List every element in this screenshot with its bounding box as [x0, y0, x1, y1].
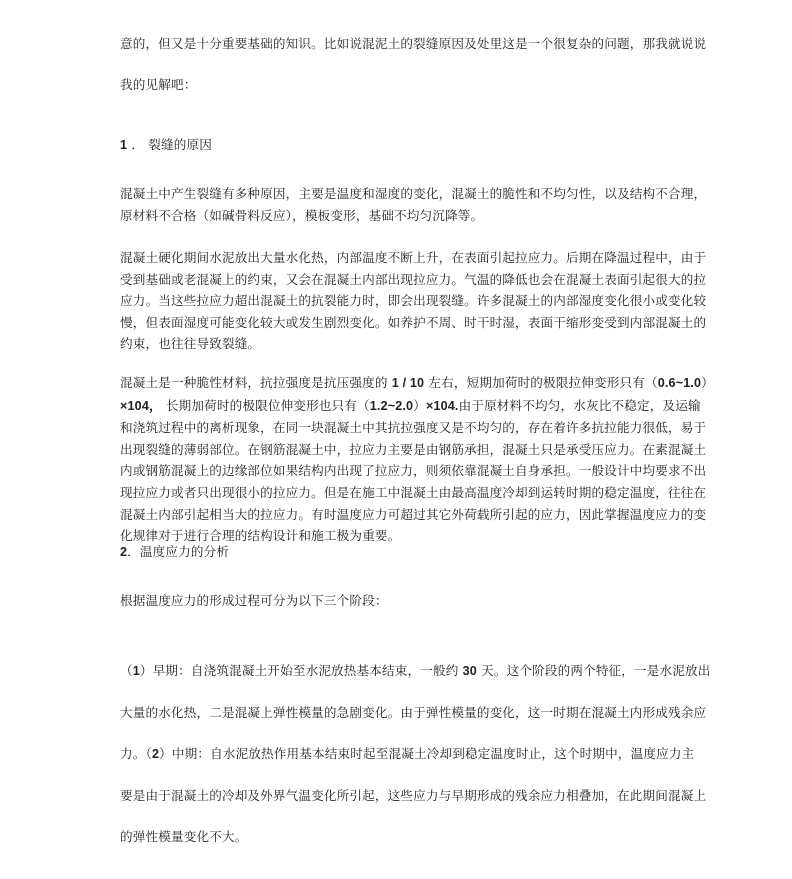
paragraph-row: 内或钢筋混凝上的边缘部位如果结构内出现了拉应力，则须依靠混凝土自身承担。一般设计… [120, 460, 678, 482]
paragraph-row: 力。（2）中期：自水泥放热作用基本结束时起至混凝土冷却到稳定温度时止，这个时期中… [120, 733, 678, 775]
long-term-strain-range: 1.2~2.0 [370, 399, 413, 413]
paragraph-row: ×104， 长期加荷时的极限位伸变形也只有（1.2~2.0）×104.由于原材料… [120, 395, 678, 418]
days-value: 30 [463, 664, 477, 678]
exponent-value: ×104. [426, 399, 459, 413]
stages-paragraph: （1）早期：自浇筑混凝土开始至水泥放热基本结束，一般约 30 天。这个阶段的两个… [120, 650, 678, 857]
text-run: ） [413, 398, 426, 413]
text-run: ） [701, 375, 714, 390]
text-run: 天。这个阶段的两个特征，一是水泥放出 [477, 663, 711, 678]
paragraph-hydration-heat: 混凝土硬化期间水泥放出大量水化热，内部温度不断上升，在表面引起拉应力。后期在降温… [120, 247, 678, 355]
paragraph-row: 的弹性模量变化不大。 [120, 816, 678, 857]
section-2-intro: 根据温度应力的形成过程可分为以下三个阶段： [120, 592, 680, 610]
text-run: ）中期：自水泥放热作用基本结束时起至混凝土冷却到稳定温度时止，这个时期中，温度应… [159, 746, 694, 761]
paragraph-row: 混凝土是一种脆性材料，抗拉强度是抗压强度的 1 / 10 左右，短期加荷时的极限… [120, 372, 678, 395]
stage-number: 1 [133, 664, 140, 678]
section-2-title: 温度应力的分析 [140, 544, 229, 559]
section-2-heading: 2．温度应力的分析 [120, 543, 680, 561]
text-run: （ [120, 663, 133, 678]
section-2-separator: ． [127, 544, 140, 559]
text-run: 左右，短期加荷时的极限拉伸变形只有（ [424, 375, 658, 390]
paragraph-row: 混凝土内部引起相当大的拉应力。有时温度应力可超过其它外荷载所引起的应力，因此掌握… [120, 504, 678, 526]
text-run: 长期加荷时的极限位伸变形也只有（ [162, 398, 370, 413]
paragraph-causes: 混凝土中产生裂缝有多种原因，主要是温度和湿度的变化，混凝土的脆性和不均匀性，以及… [120, 183, 678, 226]
section-1-separator: ． [131, 137, 144, 152]
text-run: 力。（ [120, 746, 152, 761]
paragraph-row: 慢，但表面湿度可能变化较大或发生剧烈变化。如养护不周、时干时湿，表面干缩形变受到… [120, 312, 678, 334]
short-term-strain-range: 0.6~1.0 [658, 376, 701, 390]
section-1-title: 裂缝的原因 [148, 137, 212, 152]
paragraph-row: 要是由于混凝土的冷却及外界气温变化所引起，这些应力与早期形成的残余应力相叠加，在… [120, 775, 678, 816]
paragraph-brittle-material: 混凝土是一种脆性材料，抗拉强度是抗压强度的 1 / 10 左右，短期加荷时的极限… [120, 372, 678, 547]
paragraph-row: 混凝土中产生裂缝有多种原因，主要是温度和湿度的变化，混凝土的脆性和不均匀性，以及… [120, 183, 678, 205]
text-run: 混凝土是一种脆性材料，抗拉强度是抗压强度的 [120, 375, 392, 390]
paragraph-row: 和浇筑过程中的离析现象，在同一块混凝土中其抗拉强度又是不均匀的，存在着许多抗拉能… [120, 417, 678, 439]
exponent-value: ×104， [120, 399, 162, 413]
ratio-value: 1 / 10 [392, 376, 424, 390]
paragraph-row: 混凝土硬化期间水泥放出大量水化热，内部温度不断上升，在表面引起拉应力。后期在降温… [120, 247, 678, 269]
text-run: 由于原材料不均匀，水灰比不稳定，及运输 [459, 398, 701, 413]
paragraph-row: （1）早期：自浇筑混凝土开始至水泥放热基本结束，一般约 30 天。这个阶段的两个… [120, 650, 678, 692]
paragraph-row: 应力。当这些拉应力超出混凝土的抗裂能力时，即会出现裂缝。许多混凝土的内部湿度变化… [120, 290, 678, 312]
paragraph-row: 约束，也往往导致裂缝。 [120, 333, 678, 355]
text-run: ）早期：自浇筑混凝土开始至水泥放热基本结束，一般约 [140, 663, 463, 678]
paragraph-row: 大量的水化热，二是混凝上弹性模量的急剧变化。由于弹性模量的变化，这一时期在混凝土… [120, 692, 678, 733]
paragraph-row: 受到基础或老混凝上的约束，又会在混凝土内部出现拉应力。气温的降低也会在混凝土表面… [120, 269, 678, 291]
section-1-heading: 1 ． 裂缝的原因 [120, 136, 680, 154]
paragraph-row: 出现裂缝的薄弱部位。在钢筋混凝土中，拉应力主要是由钢筋承担，混凝土只是承受压应力… [120, 439, 678, 461]
intro-line-2: 我的见解吧： [120, 76, 680, 94]
intro-line-1: 意的，但又是十分重要基础的知识。比如说混泥土的裂缝原因及处里这是一个很复杂的问题… [120, 35, 680, 53]
paragraph-row: 原材料不合格（如碱骨料反应），模板变形，基础不均匀沉降等。 [120, 205, 678, 227]
section-1-number: 1 [120, 138, 127, 152]
paragraph-row: 现拉应力或者只出现很小的拉应力。但是在施工中混凝土由最高温度冷却到运转时期的稳定… [120, 482, 678, 504]
